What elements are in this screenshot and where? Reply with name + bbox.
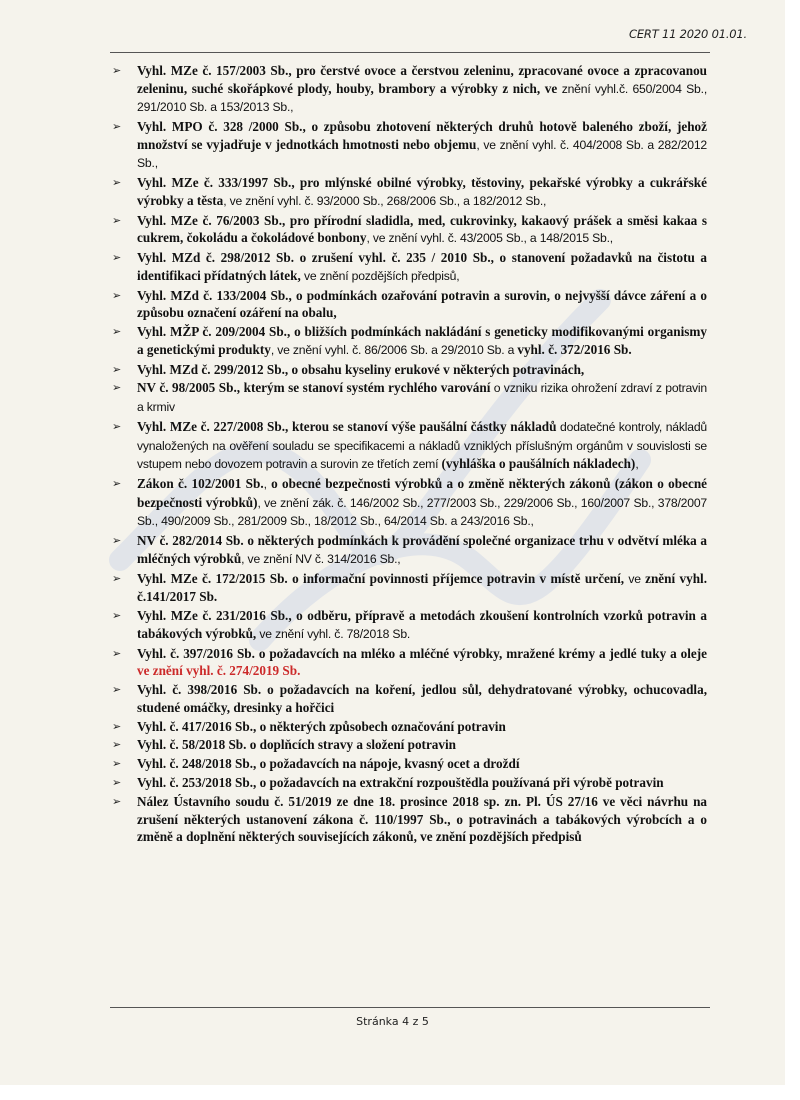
arrow-bullet-icon: ➢: [112, 736, 121, 754]
item-text: Vyhl. č. 397/2016 Sb. o požadavcích na m…: [137, 646, 707, 661]
document-page: CERT 11 2020 01.01. ➢Vyhl. MZe č. 157/20…: [0, 0, 785, 1085]
list-item: ➢Vyhl. č. 58/2018 Sb. o doplňcích stravy…: [109, 736, 707, 754]
arrow-bullet-icon: ➢: [112, 718, 121, 736]
list-item: ➢Vyhl. MZd č. 133/2004 Sb., o podmínkách…: [109, 287, 707, 322]
item-text: Vyhl. č. 398/2016 Sb. o požadavcích na k…: [137, 682, 707, 715]
list-item: ➢Vyhl. č. 397/2016 Sb. o požadavcích na …: [109, 645, 707, 680]
arrow-bullet-icon: ➢: [112, 212, 121, 230]
arrow-bullet-icon: ➢: [112, 793, 121, 811]
item-text: ve znění vyhl. č. 78/2018 Sb.: [256, 627, 410, 641]
list-item: ➢Vyhl. č. 398/2016 Sb. o požadavcích na …: [109, 681, 707, 716]
arrow-bullet-icon: ➢: [112, 361, 121, 379]
arrow-bullet-icon: ➢: [112, 681, 121, 699]
arrow-bullet-icon: ➢: [112, 62, 121, 80]
item-text: , ve znění vyhl. č. 86/2006 Sb. a 29/201…: [271, 343, 518, 357]
arrow-bullet-icon: ➢: [112, 774, 121, 792]
item-text: Vyhl. MZe č. 231/2016 Sb., o odběru, pří…: [137, 608, 707, 641]
list-item: ➢Vyhl. č. 248/2018 Sb., o požadavcích na…: [109, 755, 707, 773]
list-item: ➢Vyhl. MZe č. 76/2003 Sb., pro přírodní …: [109, 212, 707, 248]
arrow-bullet-icon: ➢: [112, 249, 121, 267]
footer-divider: [110, 1007, 710, 1008]
arrow-bullet-icon: ➢: [112, 379, 121, 397]
amendment-highlight: ve znění vyhl. č. 274/2019 Sb.: [137, 663, 300, 678]
list-item: ➢Vyhl. MZe č. 333/1997 Sb., pro mlýnské …: [109, 174, 707, 210]
list-item: ➢Vyhl. MŽP č. 209/2004 Sb., o bližších p…: [109, 323, 707, 359]
item-text: , ve znění vyhl. č. 43/2005 Sb., a 148/2…: [366, 231, 613, 245]
arrow-bullet-icon: ➢: [112, 532, 121, 550]
arrow-bullet-icon: ➢: [112, 418, 121, 436]
arrow-bullet-icon: ➢: [112, 287, 121, 305]
arrow-bullet-icon: ➢: [112, 755, 121, 773]
page-number: Stránka 4 z 5: [0, 1015, 785, 1028]
item-text: ,: [635, 457, 638, 471]
item-text: vyhl. č. 372/2016 Sb.: [517, 342, 631, 357]
item-text: Vyhl. č. 253/2018 Sb., o požadavcích na …: [137, 775, 664, 790]
list-item: ➢Vyhl. MZd č. 298/2012 Sb. o zrušení vyh…: [109, 249, 707, 285]
item-text: Vyhl. MZe č. 172/2015 Sb. o informační p…: [137, 571, 624, 586]
item-text: NV č. 98/2005 Sb., kterým se stanoví sys…: [137, 380, 490, 395]
item-text: ve znění pozdějších předpisů,: [301, 269, 460, 283]
arrow-bullet-icon: ➢: [112, 118, 121, 136]
item-text: (vyhláška o paušálních nákladech): [441, 456, 635, 471]
list-item: ➢Vyhl. MPO č. 328 /2000 Sb., o způsobu z…: [109, 118, 707, 173]
list-item: ➢Vyhl. MZd č. 299/2012 Sb., o obsahu kys…: [109, 361, 707, 379]
list-item: ➢Vyhl. č. 417/2016 Sb., o některých způs…: [109, 718, 707, 736]
item-text: NV č. 282/2014 Sb. o některých podmínkác…: [137, 533, 707, 566]
item-text: Vyhl. č. 58/2018 Sb. o doplňcích stravy …: [137, 737, 456, 752]
item-text: ve: [624, 572, 645, 586]
list-item: ➢Vyhl. č. 253/2018 Sb., o požadavcích na…: [109, 774, 707, 792]
item-text: , ve znění vyhl. č. 93/2000 Sb., 268/200…: [223, 194, 546, 208]
arrow-bullet-icon: ➢: [112, 475, 121, 493]
arrow-bullet-icon: ➢: [112, 174, 121, 192]
arrow-bullet-icon: ➢: [112, 323, 121, 341]
item-text: Vyhl. MZd č. 299/2012 Sb., o obsahu kyse…: [137, 362, 584, 377]
item-text: , ve: [537, 81, 562, 96]
document-reference: CERT 11 2020 01.01.: [629, 27, 747, 41]
arrow-bullet-icon: ➢: [112, 645, 121, 663]
list-item: ➢Vyhl. MZe č. 227/2008 Sb., kterou se st…: [109, 418, 707, 474]
list-item: ➢Vyhl. MZe č. 231/2016 Sb., o odběru, př…: [109, 607, 707, 643]
arrow-bullet-icon: ➢: [112, 607, 121, 625]
list-item: ➢Zákon č. 102/2001 Sb., o obecné bezpečn…: [109, 475, 707, 531]
item-text: Vyhl. č. 248/2018 Sb., o požadavcích na …: [137, 756, 519, 771]
list-item: ➢NV č. 282/2014 Sb. o některých podmínká…: [109, 532, 707, 568]
legislation-list: ➢Vyhl. MZe č. 157/2003 Sb., pro čerstvé …: [109, 62, 707, 847]
header-divider: [110, 52, 710, 53]
item-text: Zákon č. 102/2001 Sb.: [137, 476, 264, 491]
arrow-bullet-icon: ➢: [112, 570, 121, 588]
item-text: Vyhl. č. 417/2016 Sb., o některých způso…: [137, 719, 506, 734]
item-text: Nález Ústavního soudu č. 51/2019 ze dne …: [137, 794, 707, 844]
list-item: ➢Vyhl. MZe č. 172/2015 Sb. o informační …: [109, 570, 707, 606]
item-text: Vyhl. MZd č. 133/2004 Sb., o podmínkách …: [137, 288, 707, 321]
list-item: ➢NV č. 98/2005 Sb., kterým se stanoví sy…: [109, 379, 707, 416]
list-item: ➢Vyhl. MZe č. 157/2003 Sb., pro čerstvé …: [109, 62, 707, 117]
item-text: , ve znění NV č. 314/2016 Sb.,: [241, 552, 400, 566]
list-item: ➢Nález Ústavního soudu č. 51/2019 ze dne…: [109, 793, 707, 846]
item-text: ,: [264, 477, 271, 491]
item-text: Vyhl. MZe č. 227/2008 Sb., kterou se sta…: [137, 419, 556, 434]
